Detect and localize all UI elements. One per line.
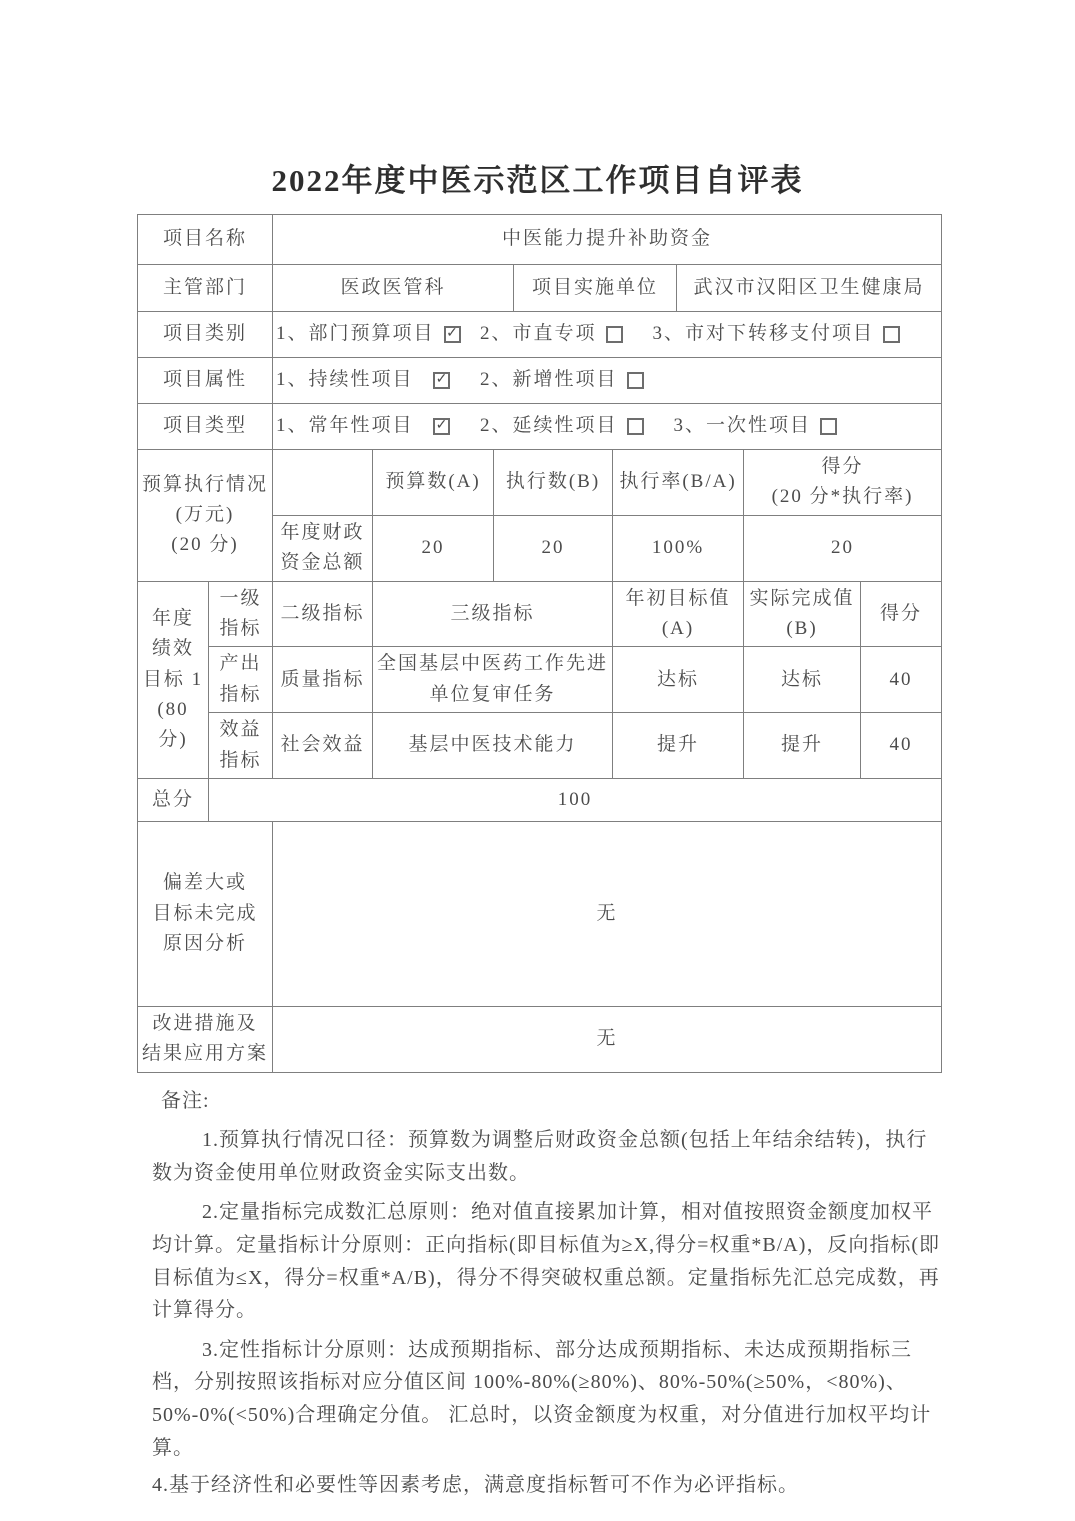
impl-unit-label: 项目实施单位 xyxy=(514,265,677,312)
indicator-target: 提升 xyxy=(613,713,744,779)
row-project-type: 项目类型 1、常年性项目 2、延续性项目 3、一次性项目 xyxy=(138,404,942,450)
budget-col-rate: 执行率(B/A) xyxy=(613,450,744,516)
budget-row-label: 年度财政 资金总额 xyxy=(273,515,373,581)
budget-col-budget: 预算数(A) xyxy=(373,450,494,516)
option-label: 3、一次性项目 xyxy=(674,411,812,441)
checkbox-transfer-payment[interactable] xyxy=(883,326,900,343)
col-actual: 实际完成值 (B) xyxy=(744,581,861,647)
row-improvement: 改进措施及 结果应用方案 无 xyxy=(138,1006,942,1072)
checkbox-new-project[interactable] xyxy=(627,372,644,389)
note-item-2: 2.定量指标完成数汇总原则：绝对值直接累加计算，相对值按照资金额度加权平均计算。… xyxy=(152,1196,944,1326)
rate-value: 100% xyxy=(613,515,744,581)
row-total-score: 总分 100 xyxy=(138,778,942,821)
total-label: 总分 xyxy=(138,778,209,821)
option-city-special: 2、市直专项 xyxy=(480,319,623,349)
project-name-label: 项目名称 xyxy=(138,215,273,265)
col-level1: 一级 指标 xyxy=(209,581,273,647)
row-project-attribute: 项目属性 1、持续性项目 2、新增性项目 xyxy=(138,358,942,404)
option-continuous-project: 1、持续性项目 xyxy=(276,365,450,395)
deviation-label: 偏差大或 目标未完成 原因分析 xyxy=(138,821,273,1006)
performance-section-label: 年度 绩效 目标 1 (80 分) xyxy=(138,581,209,778)
checkbox-onetime-project[interactable] xyxy=(820,418,837,435)
note-item-4: 4.基于经济性和必要性等因素考虑，满意度指标暂可不作为必评指标。 xyxy=(152,1469,944,1502)
option-dept-budget-project: 1、部门预算项目 xyxy=(276,319,450,349)
notes-heading: 备注: xyxy=(161,1085,944,1118)
indicator-level1: 产出 指标 xyxy=(209,647,273,713)
type-options: 1、常年性项目 2、延续性项目 3、一次性项目 xyxy=(273,404,942,450)
budget-section-label: 预算执行情况 (万元) (20 分) xyxy=(138,450,273,582)
type-label: 项目类型 xyxy=(138,404,273,450)
total-value: 100 xyxy=(209,778,942,821)
note-item-1: 1.预算执行情况口径：预算数为调整后财政资金总额(包括上年结余结转)，执行数为资… xyxy=(152,1124,944,1189)
budget-col-exec: 执行数(B) xyxy=(494,450,613,516)
col-target: 年初目标值 (A) xyxy=(613,581,744,647)
row-performance-header: 年度 绩效 目标 1 (80 分) 一级 指标 二级指标 三级指标 年初目标值 … xyxy=(138,581,942,647)
row-benefit-indicator: 效益 指标 社会效益 基层中医技术能力 提升 提升 40 xyxy=(138,713,942,779)
document-page: 2022年度中医示范区工作项目自评表 项目名称 中医能力提升补助资金 主管部门 … xyxy=(0,0,1075,1521)
option-transfer-payment: 3、市对下转移支付项目 xyxy=(653,319,901,349)
category-label: 项目类别 xyxy=(138,312,273,358)
option-label: 1、持续性项目 xyxy=(276,365,414,395)
budget-score-value: 20 xyxy=(744,515,942,581)
indicator-score: 40 xyxy=(861,647,942,713)
row-project-category: 项目类别 1、部门预算项目 2、市直专项 3、市对下转移支付项目 xyxy=(138,312,942,358)
option-label: 2、延续性项目 xyxy=(480,411,618,441)
checkbox-city-special[interactable] xyxy=(606,326,623,343)
option-label: 3、市对下转移支付项目 xyxy=(653,319,875,349)
row-project-name: 项目名称 中医能力提升补助资金 xyxy=(138,215,942,265)
indicator-level1: 效益 指标 xyxy=(209,713,273,779)
indicator-level2: 社会效益 xyxy=(273,713,373,779)
notes-section: 备注: 1.预算执行情况口径：预算数为调整后财政资金总额(包括上年结余结转)，执… xyxy=(152,1085,944,1502)
indicator-level3: 全国基层中医药工作先进 单位复审任务 xyxy=(373,647,613,713)
option-label: 1、常年性项目 xyxy=(276,411,414,441)
row-dept: 主管部门 医政医管科 项目实施单位 武汉市汉阳区卫生健康局 xyxy=(138,265,942,312)
self-evaluation-table: 项目名称 中医能力提升补助资金 主管部门 医政医管科 项目实施单位 武汉市汉阳区… xyxy=(137,214,942,1073)
attribute-label: 项目属性 xyxy=(138,358,273,404)
col-level2: 二级指标 xyxy=(273,581,373,647)
dept-label: 主管部门 xyxy=(138,265,273,312)
indicator-level2: 质量指标 xyxy=(273,647,373,713)
checkbox-dept-budget-project[interactable] xyxy=(444,326,461,343)
options-group: 1、常年性项目 2、延续性项目 3、一次性项目 xyxy=(276,411,938,441)
checkbox-continuous-project[interactable] xyxy=(433,372,450,389)
note-item-3: 3.定性指标计分原则：达成预期指标、部分达成预期指标、未达成预期指标三档，分别按… xyxy=(152,1334,944,1464)
row-output-indicator: 产出 指标 质量指标 全国基层中医药工作先进 单位复审任务 达标 达标 40 xyxy=(138,647,942,713)
category-options: 1、部门预算项目 2、市直专项 3、市对下转移支付项目 xyxy=(273,312,942,358)
row-deviation-analysis: 偏差大或 目标未完成 原因分析 无 xyxy=(138,821,942,1006)
impl-unit-value: 武汉市汉阳区卫生健康局 xyxy=(677,265,942,312)
options-group: 1、持续性项目 2、新增性项目 xyxy=(276,365,938,395)
indicator-score: 40 xyxy=(861,713,942,779)
page-title: 2022年度中医示范区工作项目自评表 xyxy=(0,0,1075,200)
option-onetime-project: 3、一次性项目 xyxy=(674,411,838,441)
options-group: 1、部门预算项目 2、市直专项 3、市对下转移支付项目 xyxy=(276,319,938,349)
col-score: 得分 xyxy=(861,581,942,647)
improvement-label: 改进措施及 结果应用方案 xyxy=(138,1006,273,1072)
option-label: 1、部门预算项目 xyxy=(276,319,435,349)
budget-empty-cell xyxy=(273,450,373,516)
option-extended-project: 2、延续性项目 xyxy=(480,411,644,441)
budget-col-score: 得分 (20 分*执行率) xyxy=(744,450,942,516)
option-label: 2、市直专项 xyxy=(480,319,597,349)
project-name-value: 中医能力提升补助资金 xyxy=(273,215,942,265)
col-level3: 三级指标 xyxy=(373,581,613,647)
checkbox-extended-project[interactable] xyxy=(627,418,644,435)
indicator-actual: 达标 xyxy=(744,647,861,713)
checkbox-annual-project[interactable] xyxy=(433,418,450,435)
budget-value: 20 xyxy=(373,515,494,581)
indicator-actual: 提升 xyxy=(744,713,861,779)
indicator-target: 达标 xyxy=(613,647,744,713)
option-new-project: 2、新增性项目 xyxy=(480,365,644,395)
indicator-level3: 基层中医技术能力 xyxy=(373,713,613,779)
deviation-value: 无 xyxy=(273,821,942,1006)
row-budget-header: 预算执行情况 (万元) (20 分) 预算数(A) 执行数(B) 执行率(B/A… xyxy=(138,450,942,516)
exec-value: 20 xyxy=(494,515,613,581)
option-label: 2、新增性项目 xyxy=(480,365,618,395)
dept-value: 医政医管科 xyxy=(273,265,514,312)
attribute-options: 1、持续性项目 2、新增性项目 xyxy=(273,358,942,404)
option-annual-project: 1、常年性项目 xyxy=(276,411,450,441)
improvement-value: 无 xyxy=(273,1006,942,1072)
